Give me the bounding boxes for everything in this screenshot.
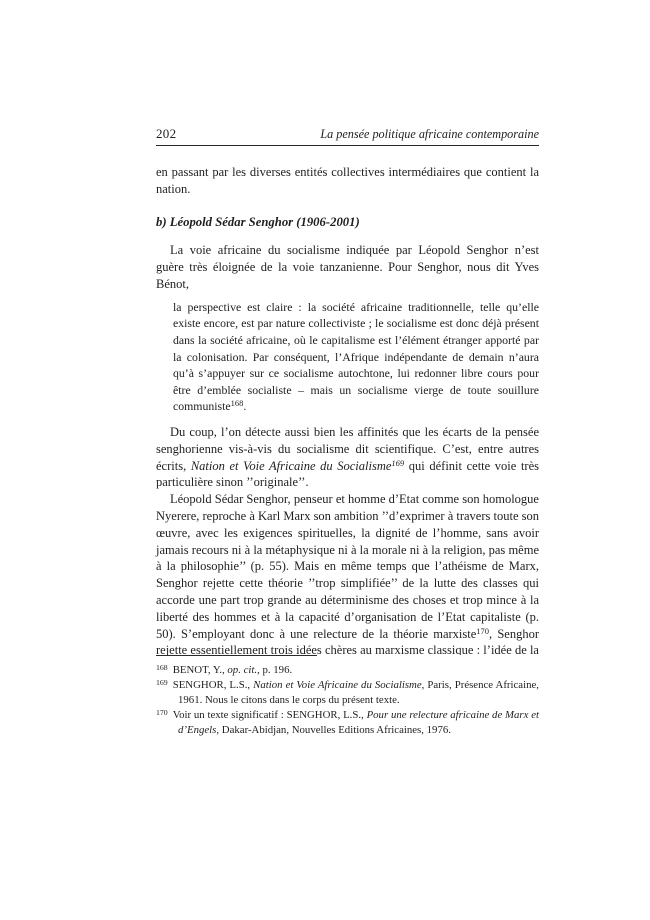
footnote-text: , p. 196.	[257, 664, 292, 676]
footnote-italic: Nation et Voie Africaine du Socialisme	[253, 679, 422, 691]
footnote-text: , Dakar-Abidjan, Nouvelles Editions Afri…	[216, 724, 451, 736]
footnote-italic: op. cit.	[227, 664, 257, 676]
footnote-ref-170: 170	[476, 626, 489, 636]
book-title: Nation et Voie Africaine du Socialisme	[191, 459, 392, 473]
paragraph-relecture: Léopold Sédar Senghor, penseur et homme …	[156, 491, 539, 676]
paragraph-voie: La voie africaine du socialisme indiquée…	[156, 242, 539, 292]
footnote-169: 169SENGHOR, L.S., Nation et Voie Africai…	[156, 678, 539, 708]
footnote-text: SENGHOR, L.S.,	[173, 679, 253, 691]
footnotes-section: 168BENOT, Y., op. cit., p. 196. 169SENGH…	[156, 655, 539, 738]
running-title: La pensée politique africaine contempora…	[320, 127, 539, 142]
paragraph-text: Léopold Sédar Senghor, penseur et homme …	[156, 492, 539, 640]
book-page: 202 La pensée politique africaine contem…	[0, 0, 650, 920]
footnote-ref-168: 168	[231, 398, 244, 408]
paragraph-intro: en passant par les diverses entités coll…	[156, 164, 539, 198]
page-header: 202 La pensée politique africaine contem…	[156, 126, 539, 146]
page-content: 202 La pensée politique africaine contem…	[156, 126, 539, 676]
footnote-168: 168BENOT, Y., op. cit., p. 196.	[156, 663, 539, 678]
quote-text: la perspective est claire : la société a…	[173, 300, 539, 414]
footnote-number: 170	[156, 708, 168, 717]
quote-tail: .	[243, 399, 246, 413]
footnote-text: BENOT, Y.,	[173, 664, 228, 676]
section-heading: b) Léopold Sédar Senghor (1906-2001)	[156, 214, 539, 231]
footnote-text: Voir un texte significatif : SENGHOR, L.…	[173, 709, 367, 721]
footnote-170: 170Voir un texte significatif : SENGHOR,…	[156, 708, 539, 738]
footnote-number: 169	[156, 678, 168, 687]
footnote-separator	[156, 655, 317, 656]
page-number: 202	[156, 126, 176, 142]
block-quote: la perspective est claire : la société a…	[173, 299, 539, 415]
footnote-number: 168	[156, 663, 168, 672]
paragraph-affinites: Du coup, l’on détecte aussi bien les aff…	[156, 424, 539, 491]
footnote-ref-169: 169	[391, 458, 404, 468]
